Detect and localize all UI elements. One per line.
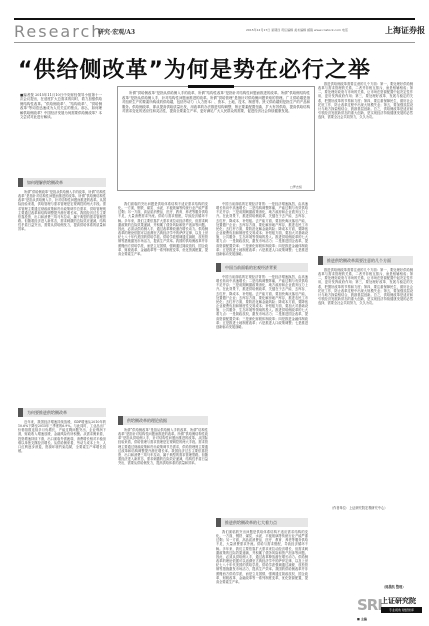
section-title: 推进供给侧改革需要注意的几个方面 — [327, 258, 391, 264]
body-column-1b: 近年来，我国经济增速持续放缓，GDP增速从2010年的10.6%下降至2015年… — [18, 420, 106, 620]
section-header-6: 推进供给侧改革需要注意的几个方面 — [318, 256, 413, 265]
section-header-3: 为何要推进供给侧改革 — [18, 408, 106, 417]
masthead-info-line: 2015年12月17日 星期四 责任编辑 美术编辑 邮箱 www.cnstock… — [246, 28, 348, 32]
section-title: 为何要推进供给侧改革 — [27, 410, 67, 416]
body-column-1a: 所谓“供给侧改革”是指从供给侧入手的改革，所谓“结构性改革”是指针对结构性问题而… — [18, 190, 106, 405]
body-column-3a: 中国当前面临的宏观经济背景：一是经济增速换挡，由高速增长转向中高速增长；二是结构… — [216, 202, 308, 260]
section-header-4: 供给侧改革的理论依据 — [118, 416, 208, 425]
sri-logo-icon: SRI — [357, 596, 382, 614]
section-marker-icon — [118, 416, 123, 425]
section-marker-icon — [216, 263, 221, 272]
masthead-paper-name: 上海证券报 — [385, 25, 425, 36]
section-header-1: 如何理解供给侧改革 — [18, 178, 106, 187]
article-lede: ■编者按 2015年11月10日中央财经领导小组第十一次会议提出，在适度扩大总需… — [20, 93, 102, 119]
institute-name: 上证研究院 — [381, 596, 416, 606]
article-headline: “供给侧改革”为何是势在必行之举 — [18, 53, 371, 84]
section-header-2: 中国当前面临的宏观经济背景 — [216, 263, 308, 272]
article-byline: □罗志恒 — [290, 185, 302, 189]
body-column-4a: 推进供给侧改革需要注意的几个方面：第一，要处理好供给侧改革与需求管理的关系，二者… — [318, 82, 413, 252]
masthead-section-en: Research — [14, 22, 103, 41]
editor-note: （郭晨凯 整理） — [382, 584, 405, 589]
summary-box-top-bar — [188, 85, 234, 88]
body-column-2a: 我们面临的突出问题是供给体系结构不适应需求结构的变化。一方面，钢铁、煤炭、水泥、… — [118, 202, 208, 412]
body-column-3c: 我们面临的突出问题是供给体系结构不适应需求结构的变化。一方面，钢铁、煤炭、水泥、… — [216, 530, 308, 620]
body-column-4b: 推进供给侧改革需要注意的几个方面：第一，要处理好供给侧改革与需求管理的关系，二者… — [318, 268, 413, 500]
masthead-section-cn: 研究·宏观/A3 — [98, 27, 135, 36]
editor-label: ■ 主编 — [357, 617, 367, 621]
section-marker-icon — [318, 256, 323, 265]
masthead-top-rule — [14, 18, 415, 20]
summary-text: 所谓“供给侧改革”是指从供给侧入手的改革，所谓“结构性改革”是指针对结构性问题而… — [122, 91, 310, 114]
section-marker-icon — [18, 408, 23, 417]
body-column-2b: 所谓“供给侧改革”是指从供给侧入手的改革，所谓“结构性改革”是指针对结构性问题而… — [118, 428, 208, 578]
section-title: 中国当前面临的宏观经济背景 — [225, 265, 277, 271]
body-column-3b: 中国当前面临的宏观经济背景：一是经济增速换挡，由高速增长转向中高速增长；二是结构… — [216, 275, 308, 515]
section-title: 推进供给侧改革的七大着力点 — [225, 520, 277, 526]
section-title: 如何理解供给侧改革 — [27, 180, 63, 186]
section-title: 供给侧改革的理论依据 — [127, 418, 167, 424]
section-header-5: 推进供给侧改革的七大着力点 — [216, 518, 308, 527]
institute-tagline: 专业视角 财经智库 — [381, 607, 422, 613]
masthead-bottom-rule — [14, 42, 415, 43]
author-credit: （作者单位：上证研究院宏观研究中心） — [330, 505, 387, 510]
section-marker-icon — [216, 518, 221, 527]
section-marker-icon — [18, 178, 23, 187]
